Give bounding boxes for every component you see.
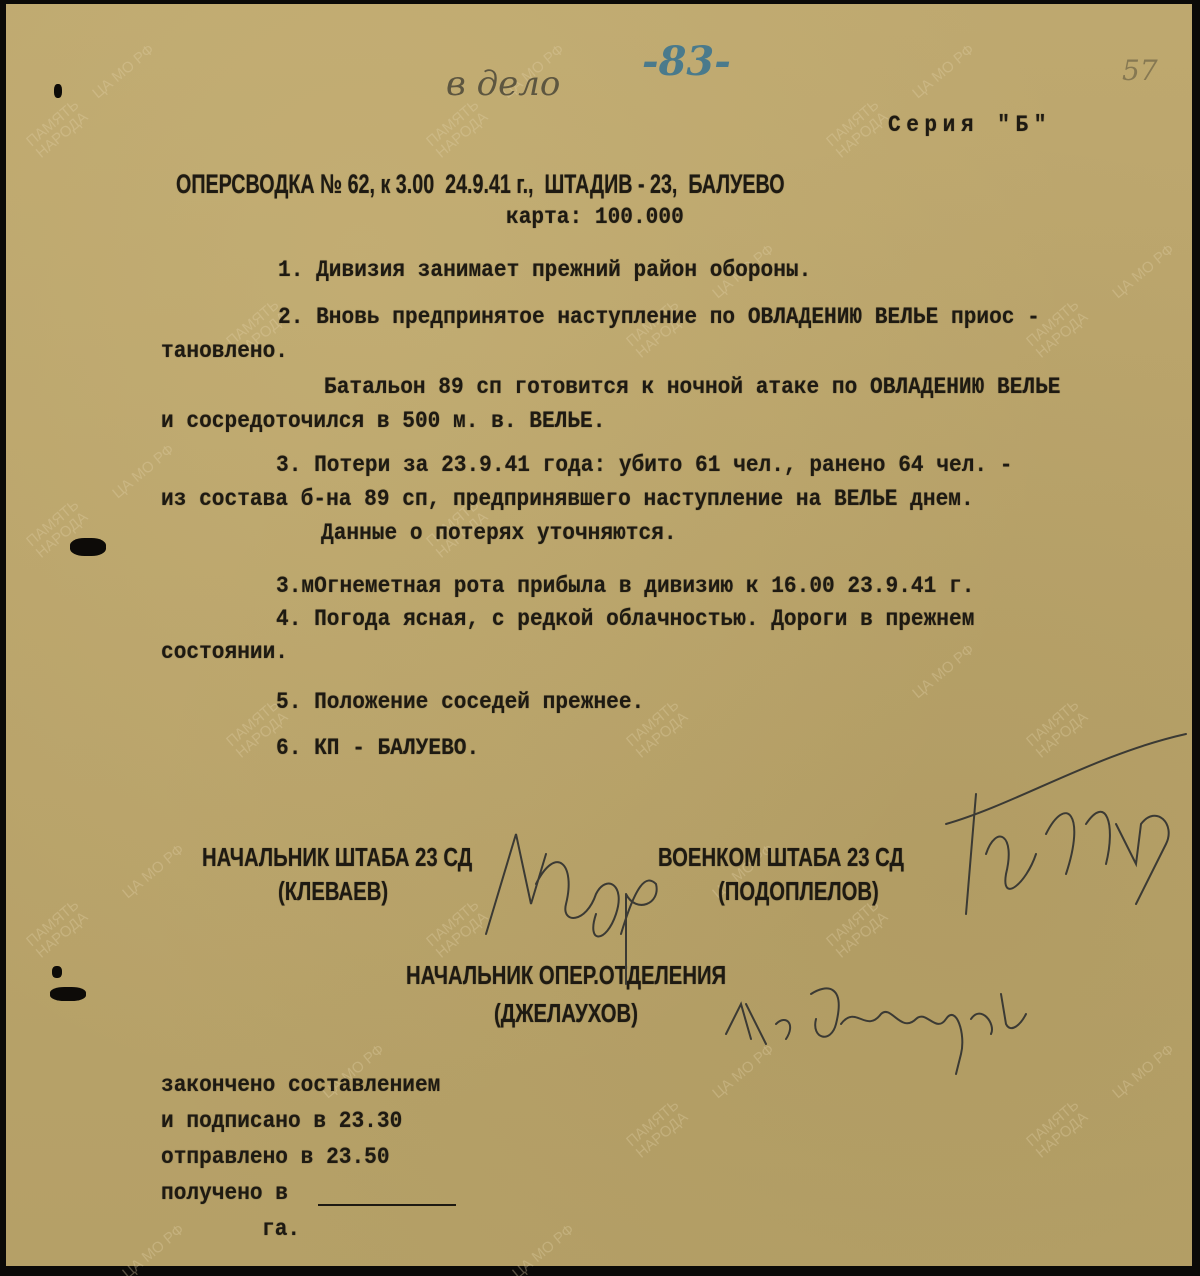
- watermark-project: ПАМЯТЬ НАРОДА: [24, 97, 92, 161]
- footer-completed: закончено составлением: [161, 1072, 440, 1098]
- watermark-line: ПАМЯТЬ: [423, 896, 482, 950]
- watermark-line: НАРОДА: [633, 709, 691, 762]
- signature-ops-chief: [716, 964, 1036, 1074]
- punch-hole: [50, 987, 86, 1001]
- punch-hole: [54, 84, 62, 98]
- watermark-archive: ЦА МО РФ: [910, 42, 977, 102]
- watermark-line: НАРОДА: [433, 109, 491, 162]
- watermark-project: ПАМЯТЬ НАРОДА: [624, 1097, 692, 1161]
- paragraph-4-line-1: 4. Погода ясная, с редкой облачностью. Д…: [276, 606, 974, 632]
- watermark-line: НАРОДА: [33, 109, 91, 162]
- paragraph-2b-line-1: Батальон 89 сп готовится к ночной атаке …: [324, 374, 1060, 400]
- paragraph-3-line-2: из состава б-на 89 сп, предпринявшего на…: [161, 486, 974, 512]
- watermark-line: ПАМЯТЬ: [823, 96, 882, 150]
- watermark-line: НАРОДА: [833, 109, 891, 162]
- footer-ga: га.: [262, 1216, 300, 1242]
- pencil-note-to-file: в дело: [446, 64, 560, 104]
- watermark-line: НАРОДА: [633, 1109, 691, 1162]
- signature-commissar: [936, 734, 1196, 934]
- watermark-line: НАРОДА: [1033, 309, 1091, 362]
- footer-sent: отправлено в 23.50: [161, 1144, 390, 1170]
- punch-hole: [52, 966, 62, 978]
- corner-number: 57: [1122, 54, 1158, 87]
- commissar-title: ВОЕНКОМ ШТАБА 23 СД: [658, 842, 904, 873]
- punch-hole: [70, 538, 106, 556]
- watermark-line: ПАМЯТЬ: [1023, 1096, 1082, 1150]
- document-title: ОПЕРСВОДКА № 62, к 3.00 24.9.41 г., ШТАД…: [176, 169, 785, 200]
- paragraph-2-line-2: тановлено.: [161, 338, 288, 364]
- watermark-line: ПАМЯТЬ: [423, 96, 482, 150]
- paragraph-6: 6. КП - БАЛУЕВО.: [276, 735, 479, 761]
- footer-received: получено в: [161, 1180, 288, 1206]
- page-number: -83-: [642, 38, 731, 85]
- watermark-line: ПАМЯТЬ: [23, 896, 82, 950]
- watermark-archive: ЦА МО РФ: [120, 1222, 187, 1276]
- watermark-project: ПАМЯТЬ НАРОДА: [824, 97, 892, 161]
- commissar-name: (ПОДОПЛЕЛОВ): [718, 876, 879, 907]
- watermark-archive: ЦА МО РФ: [90, 42, 157, 102]
- series-label: Серия "Б": [888, 112, 1052, 138]
- paragraph-1: 1. Дивизия занимает прежний район оборон…: [278, 257, 811, 283]
- watermark-archive: ЦА МО РФ: [910, 642, 977, 702]
- chief-of-staff-title: НАЧАЛЬНИК ШТАБА 23 СД: [202, 842, 472, 873]
- signature-chief-of-staff: [476, 824, 676, 984]
- chief-of-staff-name: (КЛЕВАЕВ): [278, 876, 388, 907]
- paragraph-4-line-2: состоянии.: [161, 639, 288, 665]
- document-page: ЦА МО РФ ЦА МО РФ ЦА МО РФ ЦА МО РФ ЦА М…: [6, 4, 1192, 1266]
- watermark-archive: ЦА МО РФ: [120, 842, 187, 902]
- paragraph-2b-line-2: и сосредоточился в 500 м. в. ВЕЛЬЕ.: [161, 408, 605, 434]
- watermark-project: ПАМЯТЬ НАРОДА: [24, 897, 92, 961]
- paragraph-3-line-1: 3. Потери за 23.9.41 года: убито 61 чел.…: [276, 452, 1012, 478]
- paragraph-3a: 3.мОгнеметная рота прибыла в дивизию к 1…: [276, 573, 974, 599]
- watermark-archive: ЦА МО РФ: [1110, 242, 1177, 302]
- paragraph-5: 5. Положение соседей прежнее.: [276, 689, 644, 715]
- watermark-archive: ЦА МО РФ: [1110, 1042, 1177, 1102]
- watermark-line: НАРОДА: [833, 909, 891, 962]
- watermark-line: НАРОДА: [1033, 1109, 1091, 1162]
- paragraph-2-line-1: 2. Вновь предпринятое наступление по ОВЛ…: [278, 304, 1040, 330]
- watermark-line: ПАМЯТЬ: [623, 1096, 682, 1150]
- received-time-blank: [318, 1204, 456, 1206]
- watermark-project: ПАМЯТЬ НАРОДА: [1024, 1097, 1092, 1161]
- paragraph-3-line-3: Данные о потерях уточняются.: [321, 520, 677, 546]
- watermark-archive: ЦА МО РФ: [510, 1222, 577, 1276]
- watermark-line: НАРОДА: [33, 909, 91, 962]
- ops-chief-name: (ДЖЕЛАУХОВ): [494, 998, 638, 1029]
- watermark-project: ПАМЯТЬ НАРОДА: [424, 97, 492, 161]
- watermark-line: ПАМЯТЬ: [23, 96, 82, 150]
- map-scale: карта: 100.000: [506, 204, 684, 230]
- footer-signed: и подписано в 23.30: [161, 1108, 402, 1134]
- watermark-line: ПАМЯТЬ: [223, 696, 282, 750]
